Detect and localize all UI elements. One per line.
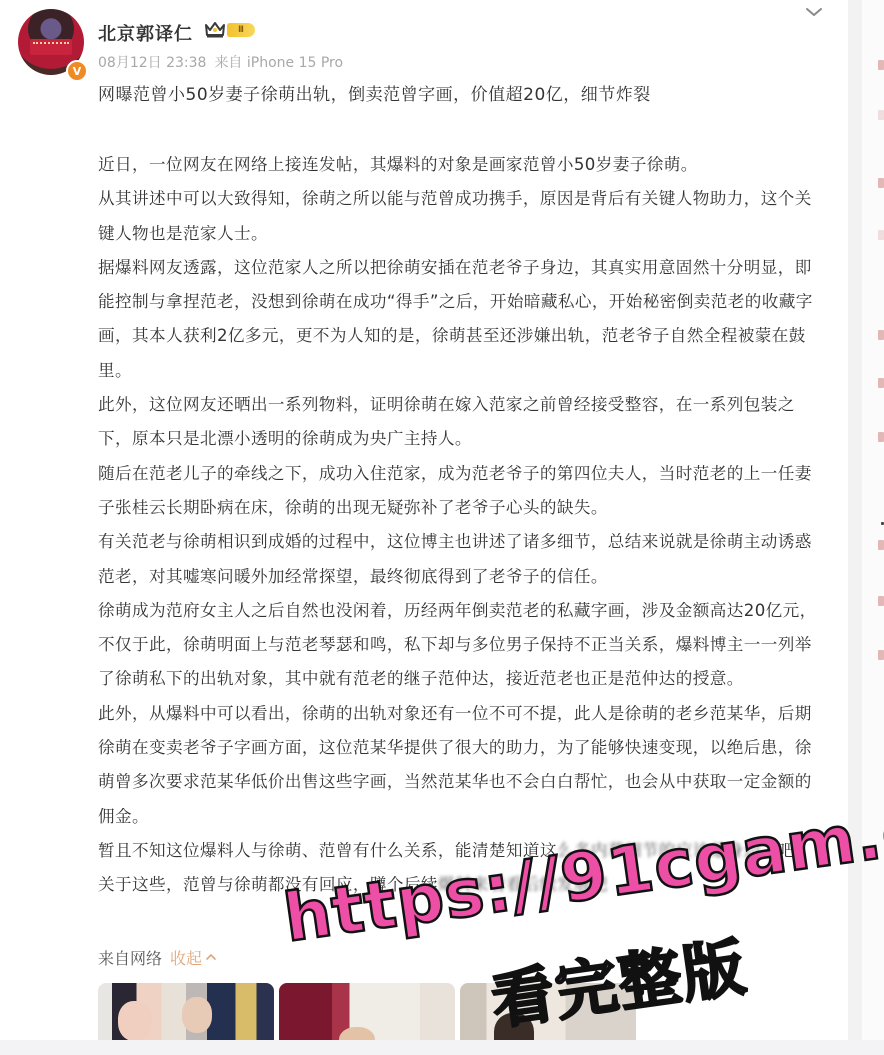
paragraph: 从其讲述中可以大致得知，徐萌之所以能与范曾成功携手，原因是背后有关键人物助力，这… xyxy=(98,182,820,251)
paragraph: 近日，一位网友在网络上接连发帖，其爆料的对象是画家范曾小50岁妻子徐萌。 xyxy=(98,148,820,182)
adjacent-text-fragment xyxy=(878,378,884,388)
post-device-source: 来自 iPhone 15 Pro xyxy=(214,55,343,71)
adjacent-text-fragment xyxy=(878,230,884,240)
paragraph-last: 暂且不知这位爆料人与徐萌、范曾有什么关系，能清楚知道这么多内幕细节的应该是身边人… xyxy=(98,834,820,903)
post-timestamp[interactable]: 08月12日 23:38 xyxy=(98,55,206,71)
paragraph: 有关范老与徐萌相识到成婚的过程中，这位博主也讲述了诸多细节，总结来说就是徐萌主动… xyxy=(98,525,820,594)
adjacent-text-fragment xyxy=(878,330,884,340)
page-gutter xyxy=(848,0,862,1055)
avatar-banner-text xyxy=(33,42,69,48)
post-meta: 08月12日 23:38来自 iPhone 15 Pro xyxy=(98,52,343,72)
adjacent-text-fragment xyxy=(878,178,884,188)
adjacent-text-fragment xyxy=(878,432,884,442)
paragraph: 此外，从爆料中可以看出，徐萌的出轨对象还有一位不可不提，此人是徐萌的老乡范某华，… xyxy=(98,697,820,834)
verified-glyph: V xyxy=(73,65,82,78)
blurred-text: 么多内幕细节的应该是身边 xyxy=(557,841,761,860)
paragraph-visible-text: 暂且不知这位爆料人与徐萌、范曾有什么关系，能清楚知道这 xyxy=(98,841,557,860)
post-body: 近日，一位网友在网络上接连发帖，其爆料的对象是画家范曾小50岁妻子徐萌。 从其讲… xyxy=(98,148,820,903)
post-headline: 网曝范曾小50岁妻子徐萌出轨，倒卖范曾字画，价值超20亿，细节炸裂 xyxy=(98,80,651,105)
source-label: 来自网络 xyxy=(98,946,162,969)
collapse-label: 收起 xyxy=(170,946,202,969)
adjacent-text-fragment xyxy=(878,650,884,660)
blurred-text: 爆料来看看后续发展吧 xyxy=(438,875,608,894)
crown-icon xyxy=(204,21,226,39)
chevron-down-icon xyxy=(802,5,826,24)
caret-up-icon xyxy=(205,951,217,965)
adjacent-column-edge xyxy=(862,0,884,1055)
vip-level-label: Ⅱ xyxy=(227,23,255,37)
source-row: 来自网络 收起 xyxy=(98,946,217,969)
verified-v-badge-icon: V xyxy=(66,60,88,82)
paragraph: 此外，这位网友还晒出一系列物料，证明徐萌在嫁入范家之前曾经接受整容，在一系列包装… xyxy=(98,388,820,457)
adjacent-text-fragment xyxy=(878,110,884,120)
paragraph: 随后在范老儿子的牵线之下，成功入住范家，成为范老爷子的第四位夫人，当时范老的上一… xyxy=(98,457,820,526)
paragraph: 据爆料网友透露，这位范家人之所以把徐萌安插在范老爷子身边，其真实用意固然十分明显… xyxy=(98,251,820,388)
adjacent-text-fragment xyxy=(878,540,884,550)
footer-bar xyxy=(0,1040,884,1055)
collapse-button[interactable]: 收起 xyxy=(170,946,217,969)
author-name[interactable]: 北京郭译仁 xyxy=(98,20,193,46)
paragraph: 徐萌成为范府女主人之后自然也没闲着，历经两年倒卖范老的私藏字画，涉及金额高达20… xyxy=(98,594,820,697)
adjacent-text-fragment xyxy=(878,596,884,606)
adjacent-text-fragment xyxy=(878,60,884,70)
more-options-button[interactable] xyxy=(802,4,826,20)
vip-badge[interactable]: Ⅱ xyxy=(204,20,255,40)
weibo-post-card: V 北京郭译仁 Ⅱ 08月12日 23:38来自 iPhone 15 Pro 网… xyxy=(0,0,848,1055)
